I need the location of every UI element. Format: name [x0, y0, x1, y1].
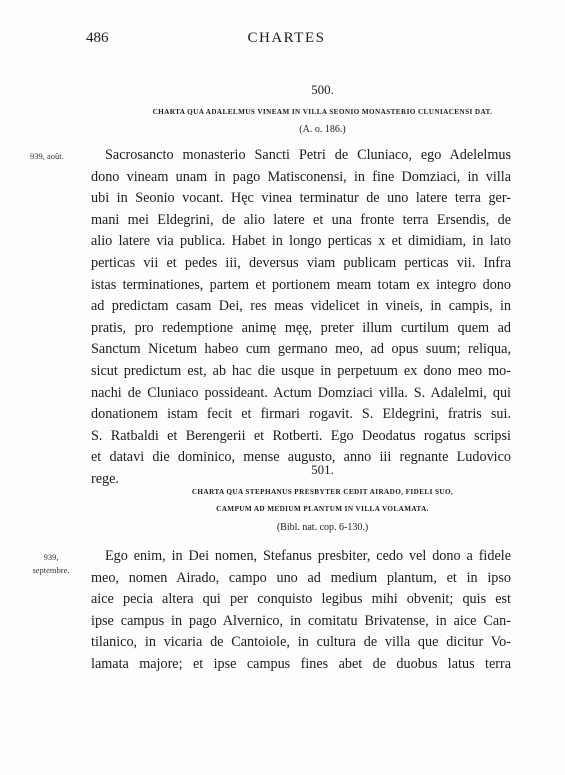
text-line: Sacrosancto monasterio Sancti Petri de C…: [91, 145, 511, 167]
text-line: meo, nomen Airado, campo uno ad medium p…: [91, 568, 511, 590]
charter-501-body: Ego enim, in Dei nomen, Stefanus presbit…: [91, 546, 511, 676]
text-line: lamata majore; et ipse campus fines abet…: [91, 654, 511, 676]
text-line: S. Ratbaldi et Berengerii et Rotberti. E…: [91, 426, 511, 448]
charter-500-number: 500.: [80, 82, 565, 98]
charter-501-margin-date: 939, septembre.: [26, 551, 76, 577]
charter-500-margin-date: 939, août.: [30, 150, 64, 163]
text-line: Sanctum Nicetum habeo cum germano meo, a…: [91, 339, 511, 361]
text-line: nachi de Cluniaco possideant. Actum Domz…: [91, 383, 511, 405]
text-line: Ego enim, in Dei nomen, Stefanus presbit…: [91, 546, 511, 568]
charter-501-number: 501.: [80, 462, 565, 478]
margin-date-year: 939,: [26, 551, 76, 564]
text-line: mani mei Eldegrini, de alio latere et un…: [91, 210, 511, 232]
charter-501-title-line-1: CHARTA QUA STEPHANUS PRESBYTER CEDIT AIR…: [80, 484, 565, 500]
text-line: tilanico, in vicaria de Cantoiole, in cu…: [91, 632, 511, 654]
text-line: aice pecia altera qui per conquisto legi…: [91, 589, 511, 611]
text-line: donationem istam fecit et firmari rogavi…: [91, 404, 511, 426]
text-line: dono vineam unam in pago Matisconensi, i…: [91, 167, 511, 189]
text-line: ad predictam casam Dei, res meas videlic…: [91, 296, 511, 318]
charter-501-title-line-2: CAMPUM AD MEDIUM PLANTUM IN VILLA VOLAMA…: [80, 501, 565, 517]
text-line: perticas vii et pedes iii, deversus viam…: [91, 253, 511, 275]
charter-500-body: Sacrosancto monasterio Sancti Petri de C…: [91, 145, 511, 491]
text-line: pratis, pro redemptione animę męę, prete…: [91, 318, 511, 340]
text-line: istas terminationes, partem et portionem…: [91, 275, 511, 297]
charter-500-source: (A. o. 186.): [80, 124, 565, 135]
charter-500-title: CHARTA QUA ADALELMUS VINEAM IN VILLA SEO…: [80, 104, 565, 120]
margin-date-month: septembre.: [26, 564, 76, 577]
text-line: ipse campus in pago Alvernico, in comita…: [91, 611, 511, 633]
charter-501-source: (Bibl. nat. cop. 6-130.): [80, 522, 565, 533]
text-line: sicut predictum est, ab hac die usque in…: [91, 361, 511, 383]
text-line: alio latere via publica. Habet in longo …: [91, 231, 511, 253]
running-title: CHARTES: [0, 30, 565, 47]
text-line: ubi in Seonio vocant. Hęc vinea terminat…: [91, 188, 511, 210]
